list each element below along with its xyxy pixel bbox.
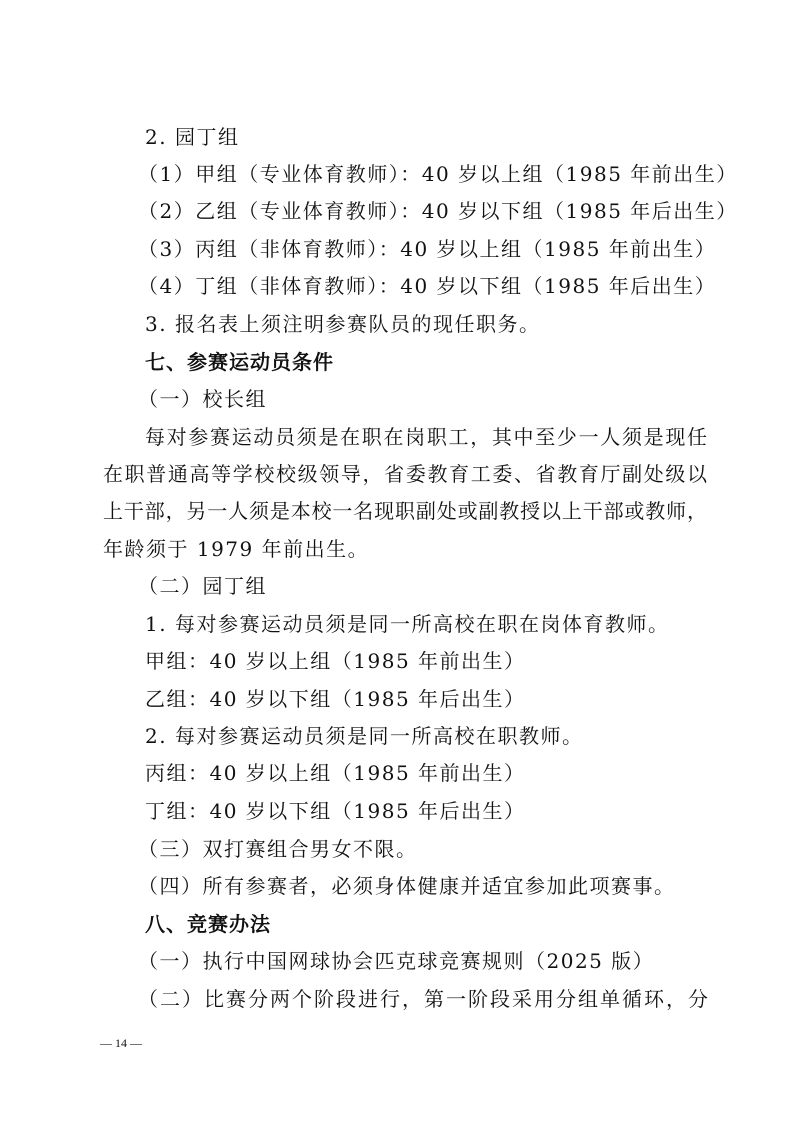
page-number: — 14 —	[100, 1036, 142, 1051]
section-heading-competition-method: 八、竞赛办法	[145, 911, 271, 937]
item-group-ding: （4）丁组（非体育教师）：40 岁以下组（1985 年后出生）	[138, 273, 716, 299]
item-group-jia: （1）甲组（专业体育教师）：40 岁以上组（1985 年前出生）	[138, 161, 738, 187]
subsection-gardener-group: （二）园丁组	[138, 573, 267, 599]
item-registration-note: 3. 报名表上须注明参赛队员的现任职务。	[145, 311, 540, 337]
item-yi-age: 乙组：40 岁以下组（1985 年后出生）	[145, 686, 526, 712]
item-ding-age: 丁组：40 岁以下组（1985 年后出生）	[145, 798, 526, 824]
item-jia-age: 甲组：40 岁以上组（1985 年前出生）	[145, 648, 526, 674]
item-gardener-group: 2. 园丁组	[145, 124, 239, 150]
subsection-doubles-gender: （三）双打赛组合男女不限。	[138, 836, 418, 862]
item-bing-age: 丙组：40 岁以上组（1985 年前出生）	[145, 760, 526, 786]
paragraph-line: 年龄须于 1979 年前出生。	[103, 536, 369, 562]
subsection-stages: （二）比赛分两个阶段进行，第一阶段采用分组单循环，分	[138, 986, 708, 1012]
subsection-principal-group: （一）校长组	[138, 386, 267, 412]
item-group-yi: （2）乙组（专业体育教师）：40 岁以下组（1985 年后出生）	[138, 198, 738, 224]
document-page: 2. 园丁组 （1）甲组（专业体育教师）：40 岁以上组（1985 年前出生） …	[0, 0, 800, 1131]
item-pe-teachers: 1. 每对参赛运动员须是同一所高校在职在岗体育教师。	[145, 611, 669, 637]
paragraph-line: 每对参赛运动员须是在职在岗职工，其中至少一人须是现任	[145, 424, 707, 450]
subsection-health-requirement: （四）所有参赛者，必须身体健康并适宜参加此项赛事。	[138, 873, 676, 899]
paragraph-line: 在职普通高等学校校级领导，省委教育工委、省教育厅副处级以	[103, 461, 707, 487]
subsection-rules: （一）执行中国网球协会匹克球竞赛规则（2025 版）	[138, 948, 654, 974]
item-all-teachers: 2. 每对参赛运动员须是同一所高校在职教师。	[145, 723, 583, 749]
paragraph-line: 上干部，另一人须是本校一名现职副处或副教授以上干部或教师，	[103, 498, 707, 524]
section-heading-athlete-conditions: 七、参赛运动员条件	[145, 349, 334, 375]
item-group-bing: （3）丙组（非体育教师）：40 岁以上组（1985 年前出生）	[138, 236, 716, 262]
